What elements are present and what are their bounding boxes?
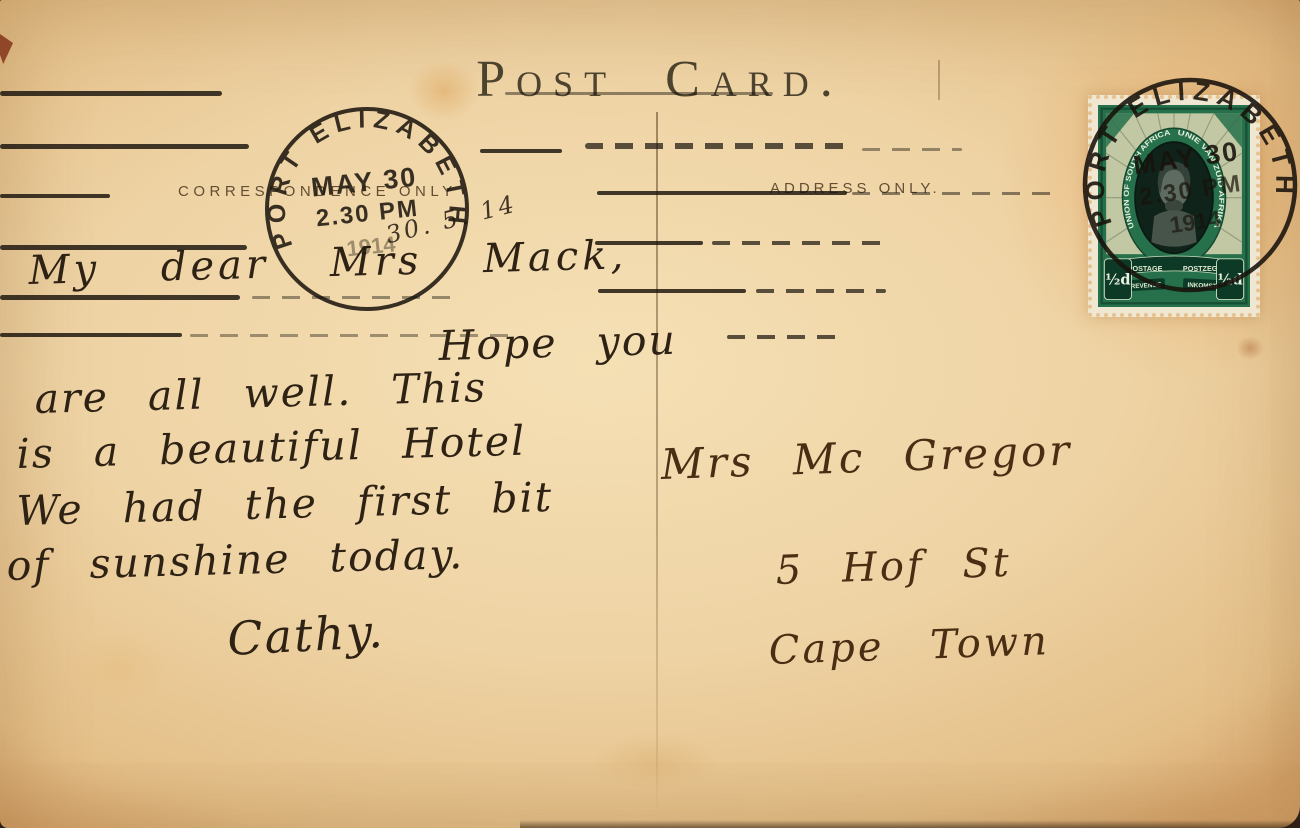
- card-bottom-edge: [520, 820, 1300, 828]
- cancellation-bar: [0, 194, 110, 198]
- cancellation-bar: [252, 296, 452, 299]
- cancellation-bar: [0, 144, 249, 149]
- message-salutation: My dear Mrs Mack,: [28, 232, 628, 294]
- cancellation-bar: [585, 143, 855, 149]
- address-street: 5 Hof St: [775, 540, 1013, 594]
- message-line: are all well. This: [34, 363, 488, 423]
- cancellation-bar: [756, 289, 886, 293]
- cancellation-bar: [597, 191, 847, 195]
- message-line: Hope you: [438, 316, 677, 370]
- stamp-value: ½d: [1217, 272, 1242, 289]
- message-line: We had the first bit: [16, 473, 554, 535]
- stamp-value: ½d: [1105, 272, 1130, 289]
- paper-stain: [70, 630, 170, 706]
- paper-stain: [1236, 336, 1264, 360]
- stamp-art: UNION OF SOUTH AFRICA UNIE VAN ZUID AFRI…: [1098, 105, 1250, 307]
- cancellation-bar: [862, 148, 962, 151]
- message-line: of sunshine today.: [6, 530, 465, 590]
- paper-stain: [590, 735, 720, 791]
- cancellation-bar: [0, 333, 182, 337]
- cancellation-bar: [0, 295, 240, 300]
- cancellation-bar: [727, 335, 837, 339]
- postcard-heading: Post Card.: [470, 50, 850, 109]
- message-line: is a beautiful Hotel: [16, 417, 527, 478]
- cancellation-bar: [480, 149, 562, 153]
- paper-crease: [938, 60, 940, 100]
- address-name: Mrs Mc Gregor: [660, 426, 1073, 489]
- cancellation-bar: [852, 192, 1057, 195]
- edge-mark: [0, 34, 13, 64]
- cancellation-bar: [0, 91, 222, 96]
- cancellation-bar: [712, 241, 887, 245]
- stamp-postage-label: POSTAGE: [1128, 264, 1163, 273]
- address-city: Cape Town: [768, 618, 1051, 674]
- postage-stamp: UNION OF SOUTH AFRICA UNIE VAN ZUID AFRI…: [1088, 95, 1260, 317]
- cancellation-bar: [505, 92, 773, 95]
- postcard: Post Card. CORRESPONDENCE ONLY ADDRESS O…: [0, 0, 1300, 828]
- message-signature: Cathy.: [226, 604, 386, 666]
- cancellation-bar: [598, 289, 746, 293]
- correspondence-only-label: CORRESPONDENCE ONLY: [178, 183, 457, 200]
- center-divider-rule: [656, 112, 658, 818]
